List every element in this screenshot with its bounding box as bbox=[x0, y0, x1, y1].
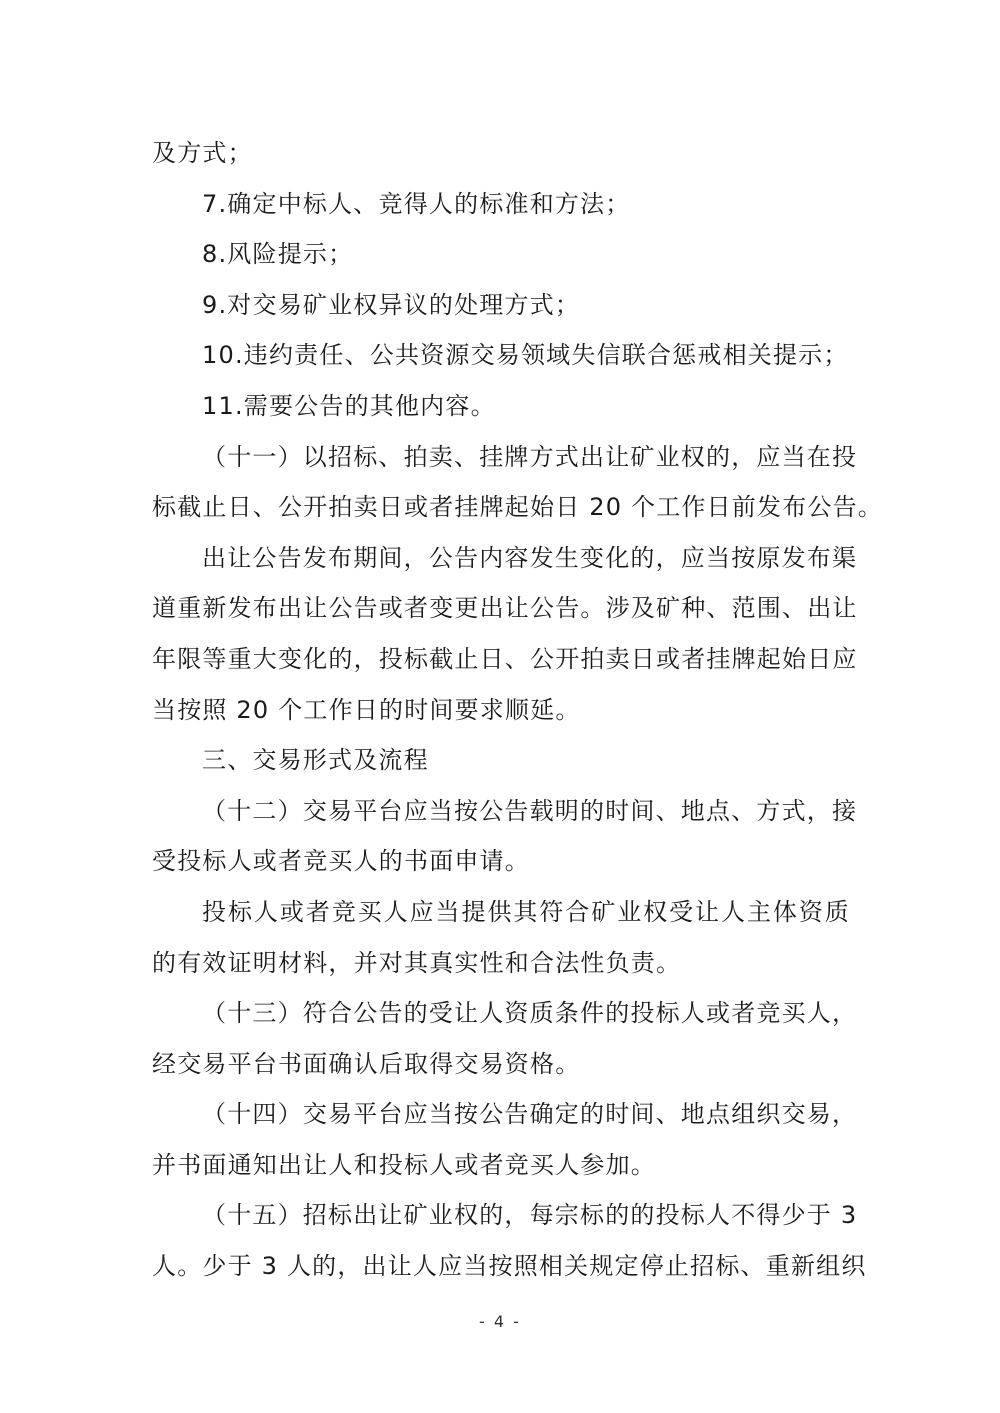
list-item-7: 7.确定中标人、竞得人的标准和方法； bbox=[152, 179, 850, 230]
text-line: 并书面通知出让人和投标人或者竞买人参加。 bbox=[152, 1140, 850, 1191]
text-line: 年限等重大变化的，投标截止日、公开拍卖日或者挂牌起始日应 bbox=[152, 634, 850, 685]
text-line: 11.需要公告的其他内容。 bbox=[152, 381, 850, 432]
text-line: 人。少于 3 人的，出让人应当按照相关规定停止招标、重新组织 bbox=[152, 1241, 850, 1292]
text-line: （十一）以招标、拍卖、挂牌方式出让矿业权的，应当在投 bbox=[152, 432, 850, 483]
text-line: （十三）符合公告的受让人资质条件的投标人或者竞买人， bbox=[152, 988, 850, 1039]
paragraph-bidder-materials: 投标人或者竞买人应当提供其符合矿业权受让人主体资质 的有效证明材料，并对其真实性… bbox=[152, 887, 850, 988]
list-item-10: 10.违约责任、公共资源交易领域失信联合惩戒相关提示； bbox=[152, 330, 850, 381]
text-line: 三、交易形式及流程 bbox=[152, 735, 850, 786]
document-body: 及方式； 7.确定中标人、竞得人的标准和方法； 8.风险提示； 9.对交易矿业权… bbox=[152, 128, 850, 1292]
clause-15: （十五）招标出让矿业权的，每宗标的的投标人不得少于 3 人。少于 3 人的，出让… bbox=[152, 1190, 850, 1291]
text-line: 出让公告发布期间，公告内容发生变化的，应当按原发布渠 bbox=[152, 533, 850, 584]
text-line: 受投标人或者竞买人的书面申请。 bbox=[152, 836, 850, 887]
document-page: 及方式； 7.确定中标人、竞得人的标准和方法； 8.风险提示； 9.对交易矿业权… bbox=[0, 0, 1000, 1413]
text-line: 9.对交易矿业权异议的处理方式； bbox=[152, 280, 850, 331]
page-number: - 4 - bbox=[0, 1312, 1000, 1331]
text-line: 标截止日、公开拍卖日或者挂牌起始日 20 个工作日前发布公告。 bbox=[152, 482, 850, 533]
paragraph-continuation: 及方式； bbox=[152, 128, 850, 179]
text-line: 10.违约责任、公共资源交易领域失信联合惩戒相关提示； bbox=[152, 330, 850, 381]
text-line: 道重新发布出让公告或者变更出让公告。涉及矿种、范围、出让 bbox=[152, 583, 850, 634]
text-line: 经交易平台书面确认后取得交易资格。 bbox=[152, 1039, 850, 1090]
text-line: 投标人或者竞买人应当提供其符合矿业权受让人主体资质 bbox=[152, 887, 850, 938]
list-item-9: 9.对交易矿业权异议的处理方式； bbox=[152, 280, 850, 331]
clause-13: （十三）符合公告的受让人资质条件的投标人或者竞买人， 经交易平台书面确认后取得交… bbox=[152, 988, 850, 1089]
clause-11: （十一）以招标、拍卖、挂牌方式出让矿业权的，应当在投 标截止日、公开拍卖日或者挂… bbox=[152, 432, 850, 533]
text-line: 及方式； bbox=[152, 128, 850, 179]
text-line: （十四）交易平台应当按公告确定的时间、地点组织交易， bbox=[152, 1089, 850, 1140]
clause-12: （十二）交易平台应当按公告载明的时间、地点、方式，接 受投标人或者竞买人的书面申… bbox=[152, 786, 850, 887]
text-line: 的有效证明材料，并对其真实性和合法性负责。 bbox=[152, 938, 850, 989]
clause-14: （十四）交易平台应当按公告确定的时间、地点组织交易， 并书面通知出让人和投标人或… bbox=[152, 1089, 850, 1190]
text-line: 7.确定中标人、竞得人的标准和方法； bbox=[152, 179, 850, 230]
paragraph-announcement-change: 出让公告发布期间，公告内容发生变化的，应当按原发布渠 道重新发布出让公告或者变更… bbox=[152, 533, 850, 735]
text-line: 当按照 20 个工作日的时间要求顺延。 bbox=[152, 685, 850, 736]
text-line: 8.风险提示； bbox=[152, 229, 850, 280]
list-item-8: 8.风险提示； bbox=[152, 229, 850, 280]
text-line: （十二）交易平台应当按公告载明的时间、地点、方式，接 bbox=[152, 786, 850, 837]
text-line: （十五）招标出让矿业权的，每宗标的的投标人不得少于 3 bbox=[152, 1190, 850, 1241]
section-heading-3: 三、交易形式及流程 bbox=[152, 735, 850, 786]
list-item-11: 11.需要公告的其他内容。 bbox=[152, 381, 850, 432]
